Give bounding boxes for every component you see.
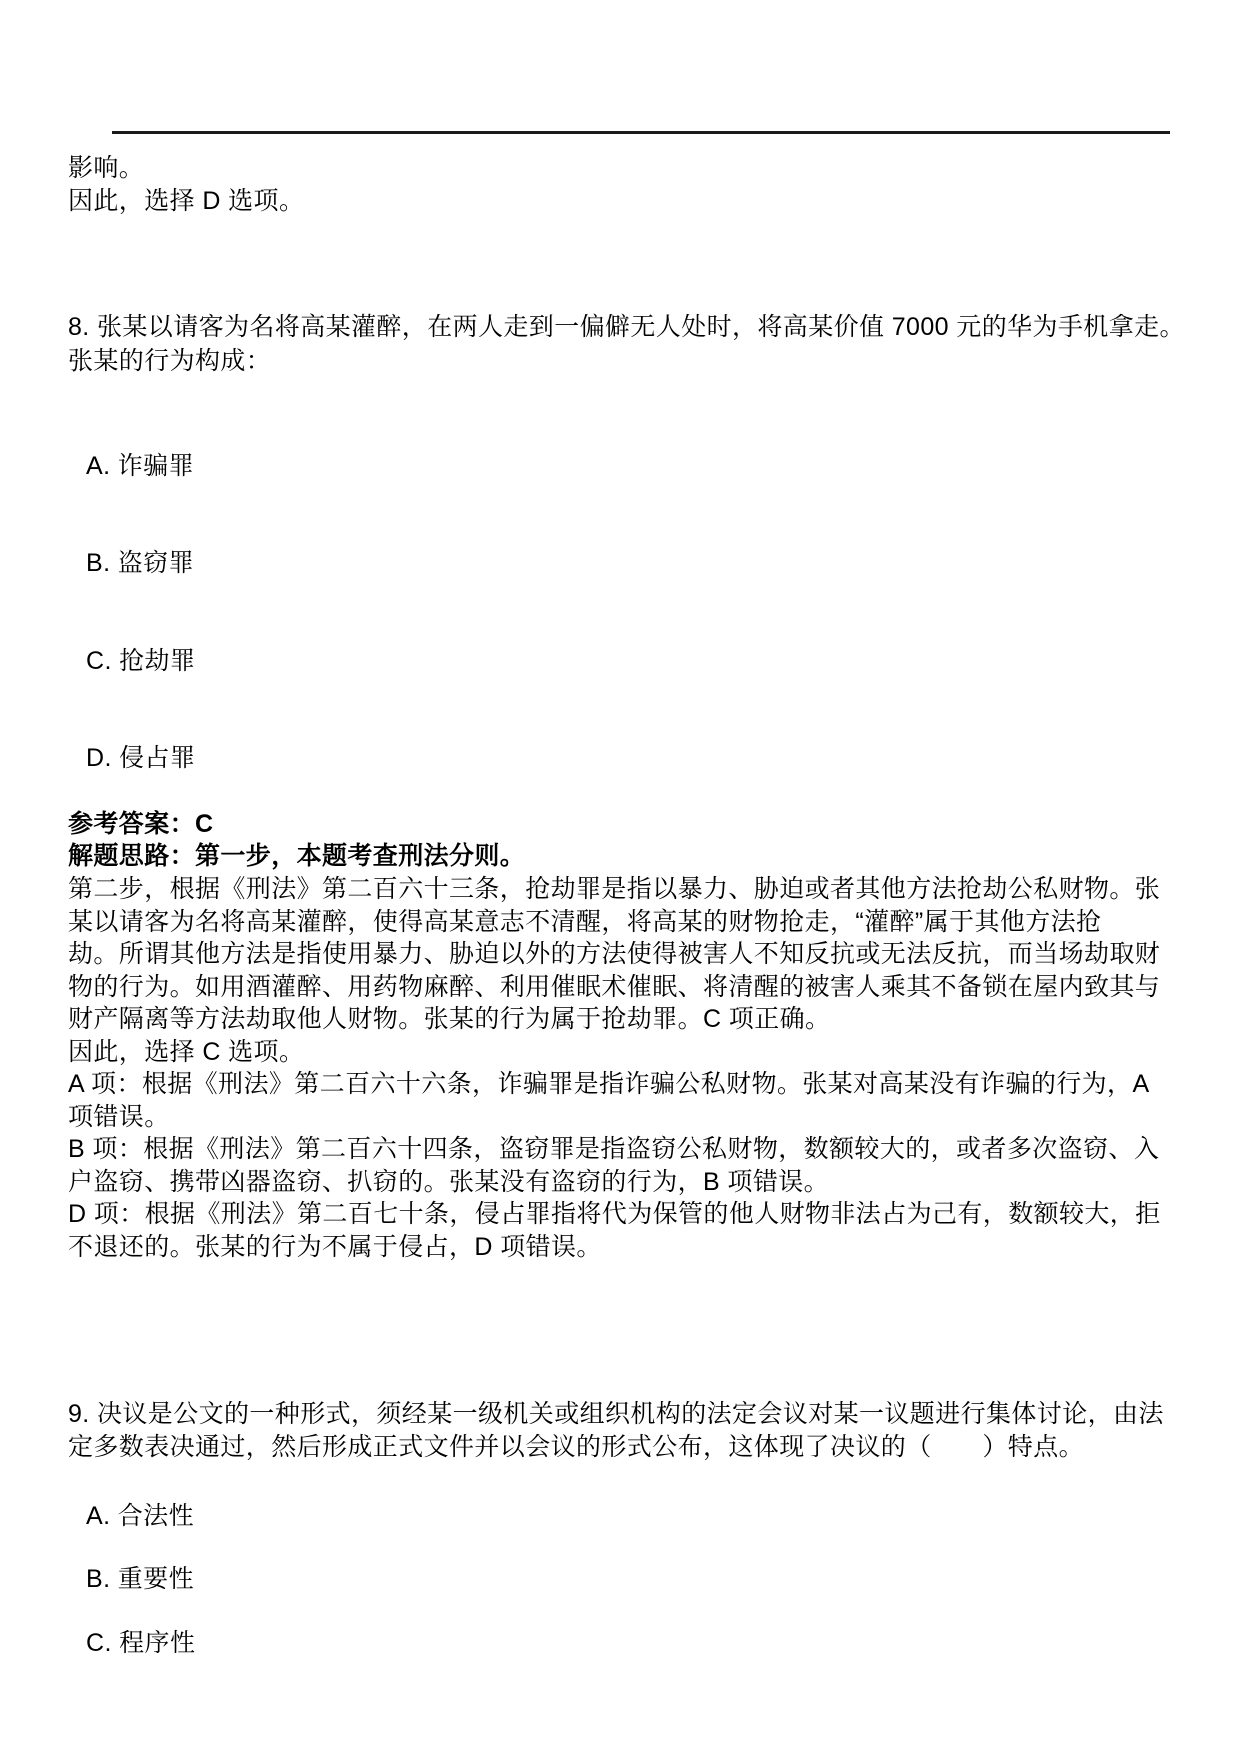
question-8-option-c: C. 抢劫罪 — [86, 645, 195, 678]
question-9-option-b: B. 重要性 — [86, 1563, 194, 1596]
question-8-option-a: A. 诈骗罪 — [86, 450, 194, 483]
previous-answer-tail: 影响。 因此，选择 D 选项。 — [68, 152, 304, 218]
question-8-reference-answer: 参考答案：C — [68, 808, 213, 841]
section-divider-line — [112, 131, 1170, 134]
question-9-option-c: C. 程序性 — [86, 1627, 195, 1660]
question-9-stem: 9. 决议是公文的一种形式，须经某一级机关或组织机构的法定会议对某一议题进行集体… — [68, 1398, 1188, 1463]
question-8-option-b: B. 盗窃罪 — [86, 547, 194, 580]
question-8-analysis-intro: 解题思路：第一步，本题考查刑法分则。 — [68, 840, 525, 873]
question-8-stem: 8. 张某以请客为名将高某灌醉，在两人走到一偏僻无人处时，将高某价值 7000 … — [68, 310, 1188, 378]
document-page: 影响。 因此，选择 D 选项。 8. 张某以请客为名将高某灌醉，在两人走到一偏僻… — [0, 0, 1240, 1753]
question-8-analysis-body: 第二步，根据《刑法》第二百六十三条，抢劫罪是指以暴力、胁迫或者其他方法抢劫公私财… — [68, 873, 1188, 1263]
question-8-option-d: D. 侵占罪 — [86, 742, 195, 775]
question-9-option-a: A. 合法性 — [86, 1500, 194, 1533]
